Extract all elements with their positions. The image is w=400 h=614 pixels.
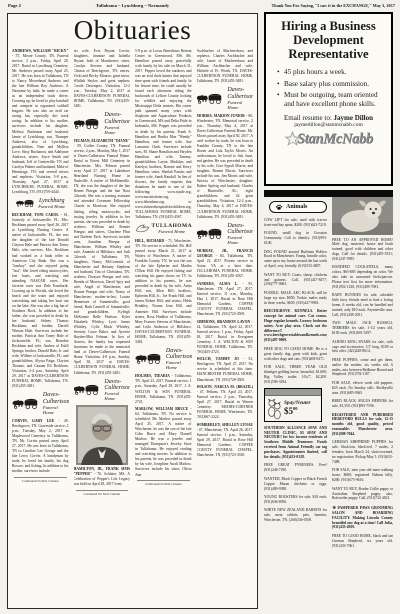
obituary-name: SIMMONS, BRANDON LAVON [197,320,251,324]
obituary-name: WELCH, TAMMY JO [197,357,239,361]
obituary-name: HAMILTON, JR., FRANK SIMS "PEPPER" [74,467,131,476]
obituary-name: CORVIN, GARY LEE [12,419,54,423]
hearse-icon [74,118,103,130]
obituary-entry: 5-8 p.m. at Locus Benedictus Retreat Cen… [135,49,192,220]
classified-ad: ALBINO KING SNAKE for sale, with cage an… [332,340,393,355]
funeral-home-name: Daves-Culbertson [227,223,253,236]
obituary-entry: MURRAY, JR., FRANCIS GEORGE - 84, Tullah… [197,249,254,279]
obituary-entry: WIMBERLEY, SHELLEY LYNAE - 47, Mancheste… [197,423,254,458]
daves-funeral-home-logo: Daves-CulbertsonFuneral Home [12,392,69,415]
classified-ad: FREE GREAT PYRENEES. Free! (931)246-7180… [264,463,327,473]
spay-ad-header-bar [265,389,321,396]
obituary-name: MARLOW, WILLIAM BRUCE [135,407,188,411]
obituary-entry: WILSON, NARCIA M. (BRAZIL) - 47, Pelham,… [197,385,254,420]
classified-ad: POODLE, MALE, AKC BLACK, will be large t… [264,291,327,306]
funeral-home-name: Daves-Culbertson [43,392,69,405]
obituary-entry: SANDERS, ALMA L. - 95, Manchester, TN. A… [197,282,254,317]
obituary-name: WILSON, NARCIA M. (BRAZIL) [197,385,254,389]
classified-ad: REGISTERED AND PUREBRED HEREFORD BULLS f… [332,413,393,437]
tullahoma-funeral-home-logo: TULLAHOMAFuneral Home [135,223,192,235]
obituary-name: BECKHAM, TONI CAROL [12,213,59,217]
daves-funeral-home-logo: Daves-CulbertsonFuneral Home [197,223,254,246]
hearse-icon [74,384,103,396]
obituary-entry: Aschbacher of Murfreesboro; and nephews,… [197,49,254,84]
obituary-portrait-photo [76,405,128,465]
daves-funeral-home-logo: Daves-CulbertsonFuneral Home [74,112,131,135]
hiring-ad: Hiring a Business Development Representa… [264,12,393,186]
classified-ad: GERMAN SHEPHERD PUPPIES for sale, black/… [332,440,393,464]
hiring-ad-bullet: Base salary plus commission. [277,80,385,89]
classified-ad: FREE TO AN APPROVED HOME! Male dog, neut… [332,238,393,262]
classified-ad: BEECHGROVE KENNELS. Better concept for a… [264,309,327,343]
obituary-name: FELMAN, ELIZABETH "DIANE" [74,139,131,143]
email-address: jaymedillon@stanmcnabb.com [272,122,385,128]
spay-ad-price-cents: 00 [293,406,298,411]
classified-ad: FREE PUPPIES, come and get them, and/or … [332,358,393,378]
header-slogan: Thank You For Saying, "I saw it in the E… [271,3,395,8]
classified-ad: WANT TO BUY: Goats, sheep, chickens and … [264,273,327,288]
hiring-ad-title: Hiring a Business Development Representa… [272,19,385,61]
animals-section-header: Animals [269,201,327,213]
funeral-home-logo-text: Daves-CulbertsonFuneral Home [227,87,253,110]
obituary-entry: CORVIN, GARY LEE - 49, Beechgrove, TN. G… [12,419,69,474]
funeral-home-name: Daves-Culbertson [166,348,192,361]
classified-ad: PAMPERED PAWS GROOMING SALON AND BOARDIN… [332,505,393,530]
obituary-name: HOLMES, TIEARIA [135,374,170,378]
classified-dog-photo [332,197,393,235]
classified-ad: HANDFED COCKATIELS, many colors, $65-$85… [332,265,393,289]
funeral-home-subtitle: Funeral Home [158,229,185,234]
funeral-home-subtitle: Funeral Home [227,235,253,245]
hearse-icon [12,398,41,410]
obituary-entry: FELMAN, ELIZABETH "DIANE" - 59, Coffee C… [74,139,131,375]
cat-dog-cartoon-icon [267,398,282,420]
spay-ad-price: $500 [284,407,311,416]
classified-ad: TWO MALE JACK RUSSELL TERRIERS for sale,… [332,321,393,336]
funeral-home-logo-text: LynchburgFuneral Home [38,198,65,209]
classified-ad: FOUND, small dog in Crosston Community. … [264,231,327,246]
spay-ad-text: Spay/Neuter$500 [284,401,311,416]
classified-ad: WANT TO BUY, Border Collie puppy or Aust… [332,487,393,502]
obituary-name: WIMBERLEY, SHELLEY LYNAE [197,423,254,427]
hiring-ad-bullet: 45 plus hours a week. [277,68,385,77]
daves-funeral-home-logo: Daves-CulbertsonFuneral Home [197,87,254,110]
classified-ad: BABY BUNNIES for sale, adorable little f… [332,293,393,317]
obituary-entry: ANDREWS, WILLIAM "RICKY" - 57, Moore Cou… [12,49,69,195]
funeral-home-subtitle: Funeral Home [104,125,130,135]
funeral-home-logo-text: Daves-CulbertsonFuneral Home [43,392,69,415]
classifieds-column-left: COW LIFT for sale, used with tractor fro… [264,218,327,610]
classified-ad: YOUNG ROOSTERS for sale, $10 each. (931)… [264,495,327,505]
classified-ad: FOR SALE, THREE YEAR OLD bluetiger geldi… [264,365,327,385]
star-icon [284,131,301,148]
classified-ad: WANTED, Black Copper or Black French Cop… [264,477,327,492]
classified-ad: FREE TO GOOD HOME, black and tan German … [332,534,393,549]
obituary-column: 5-8 p.m. at Locus Benedictus Retreat Cen… [135,49,192,601]
lynchburg-funeral-home-logo: LynchburgFuneral Home [12,198,69,209]
stan-mcnabb-logo-text: StanMcNabb [297,131,373,148]
hearse-icon [197,93,226,105]
classified-ad: SOUTHERN ALLIANCE SPAY AND NEUTER CLINIC… [264,426,327,460]
hearse-icon [135,353,164,365]
obituary-column: ANDREWS, WILLIAM "RICKY" - 57, Moore Cou… [12,49,69,601]
section-divider-bar [264,190,393,197]
classified-ad: FOR SALE, eleven week old puppies, $25 e… [332,381,393,396]
hiring-ad-bullets: 45 plus hours a week.Base salary plus co… [272,68,385,109]
obituary-entry: HILL, RICHARD - 71, Winchester, TN. No s… [135,239,192,345]
funeral-home-subtitle: Funeral Home [227,100,253,110]
spay-ad-body: Spay/Neuter$500 [265,396,321,421]
funeral-home-logo-text: TULLAHOMAFuneral Home [152,224,192,235]
funeral-home-name: Daves-Culbertson [227,87,253,100]
dove-icon [135,223,150,235]
obituary-entry: SIMMONS, BRANDON LAVON - 34, Tullahoma, … [197,320,254,355]
newspaper-page: Page 2 Tullahoma ~ Lynchburg ~ Normandy … [0,0,400,614]
stan-mcnabb-logo: StanMcNabb [272,131,385,148]
funeral-home-subtitle: Funeral Home [166,360,192,370]
funeral-home-logo-text: Daves-CulbertsonFuneral Home [227,223,253,246]
obituary-entry: BECKHAM, TONI CAROL - 61, formerly of Ja… [12,213,69,389]
continued-note: Continued On Next Column [76,490,129,496]
hearse-icon [197,228,226,240]
classified-ad: COW LIFT for sale, used with tractor fro… [264,218,327,228]
obituary-columns: ANDREWS, WILLIAM "RICKY" - 57, Moore Cou… [8,49,257,601]
classified-ad: FOR SALE, nine year old mare walking hor… [332,468,393,483]
obituary-entry: HOLMES, TIEARIA - Tullahoma, TN. April 2… [135,374,192,404]
obituary-name: HILL, RICHARD [135,239,164,243]
continued-note: Continued On Next Column [14,477,67,483]
classified-ad: BRED BLACK ANGUS HEIFERS for sale, $1,35… [332,399,393,409]
obituary-entry: WELCH, TAMMY JO - 53, Beechgrove, TN. Ap… [197,357,254,382]
classified-ad: DOG FOUND around Huffman Hollow Road in … [264,250,327,270]
animals-section-label: Animals [286,204,307,210]
obituary-entry: HAMILTON, JR., FRANK SIMS "PEPPER" - 76,… [74,467,131,487]
funeral-home-logo-text: Daves-CulbertsonFuneral Home [166,348,192,371]
continued-note: Continued On Next Column [137,480,190,486]
obituary-name: MURRAY, JR., FRANCIS GEORGE [197,249,254,258]
header-region: Tullahoma ~ Lynchburg ~ Normandy [7,3,258,8]
obituary-entry: his wife, Evia Bryant Corvin; daughters,… [74,49,131,109]
paw-icon [332,505,337,510]
contact-name: Jayme Dillon [334,114,373,122]
obituary-name: ANDREWS, WILLIAM "RICKY" [12,49,69,53]
funeral-home-subtitle: Funeral Home [104,391,130,401]
obituaries-title: Obituaries [8,15,257,46]
funeral-home-name: Daves-Culbertson [104,379,130,392]
hearse-icon [15,199,36,208]
funeral-home-subtitle: Funeral Home [43,405,69,415]
funeral-home-name: Daves-Culbertson [104,112,130,125]
obituary-name: MORRIS, MARION JUNIOR [197,114,245,118]
classified-ad: WHITE NEW ZEALAND RABBITS for sale, meat… [264,508,327,523]
obituary-column: Aschbacher of Murfreesboro; and nephews,… [197,49,254,601]
classified-ad: FREE DOG TO GOOD HOME. He is a great fam… [264,347,327,362]
funeral-home-subtitle: Funeral Home [38,204,65,209]
obituary-entry: MORRIS, MARION JUNIOR - 80, Winchester, … [197,114,254,220]
obituary-name: SANDERS, ALMA L. [197,282,239,286]
email-prefix: Email resume to: [284,114,334,122]
spay-neuter-ad-box: Spay/Neuter$500 [264,388,322,422]
paw-icon [275,203,283,211]
hiring-ad-email-line: Email resume to: Jayme Dillon [272,114,385,122]
funeral-home-logo-text: Daves-CulbertsonFuneral Home [104,379,130,402]
hiring-ad-bullet: Must be outgoing, team oriented and have… [277,91,385,109]
obituary-entry: MARLOW, WILLIAM BRUCE - 64, Tullahoma, T… [135,407,192,477]
classifieds-column-right: FREE TO AN APPROVED HOME! Male dog, neut… [332,197,393,610]
obituaries-section: Obituaries ANDREWS, WILLIAM "RICKY" - 57… [7,13,258,609]
daves-funeral-home-logo: Daves-CulbertsonFuneral Home [135,348,192,371]
obituary-column: his wife, Evia Bryant Corvin; daughters,… [74,49,131,601]
funeral-home-logo-text: Daves-CulbertsonFuneral Home [104,112,130,135]
daves-funeral-home-logo: Daves-CulbertsonFuneral Home [74,379,131,402]
